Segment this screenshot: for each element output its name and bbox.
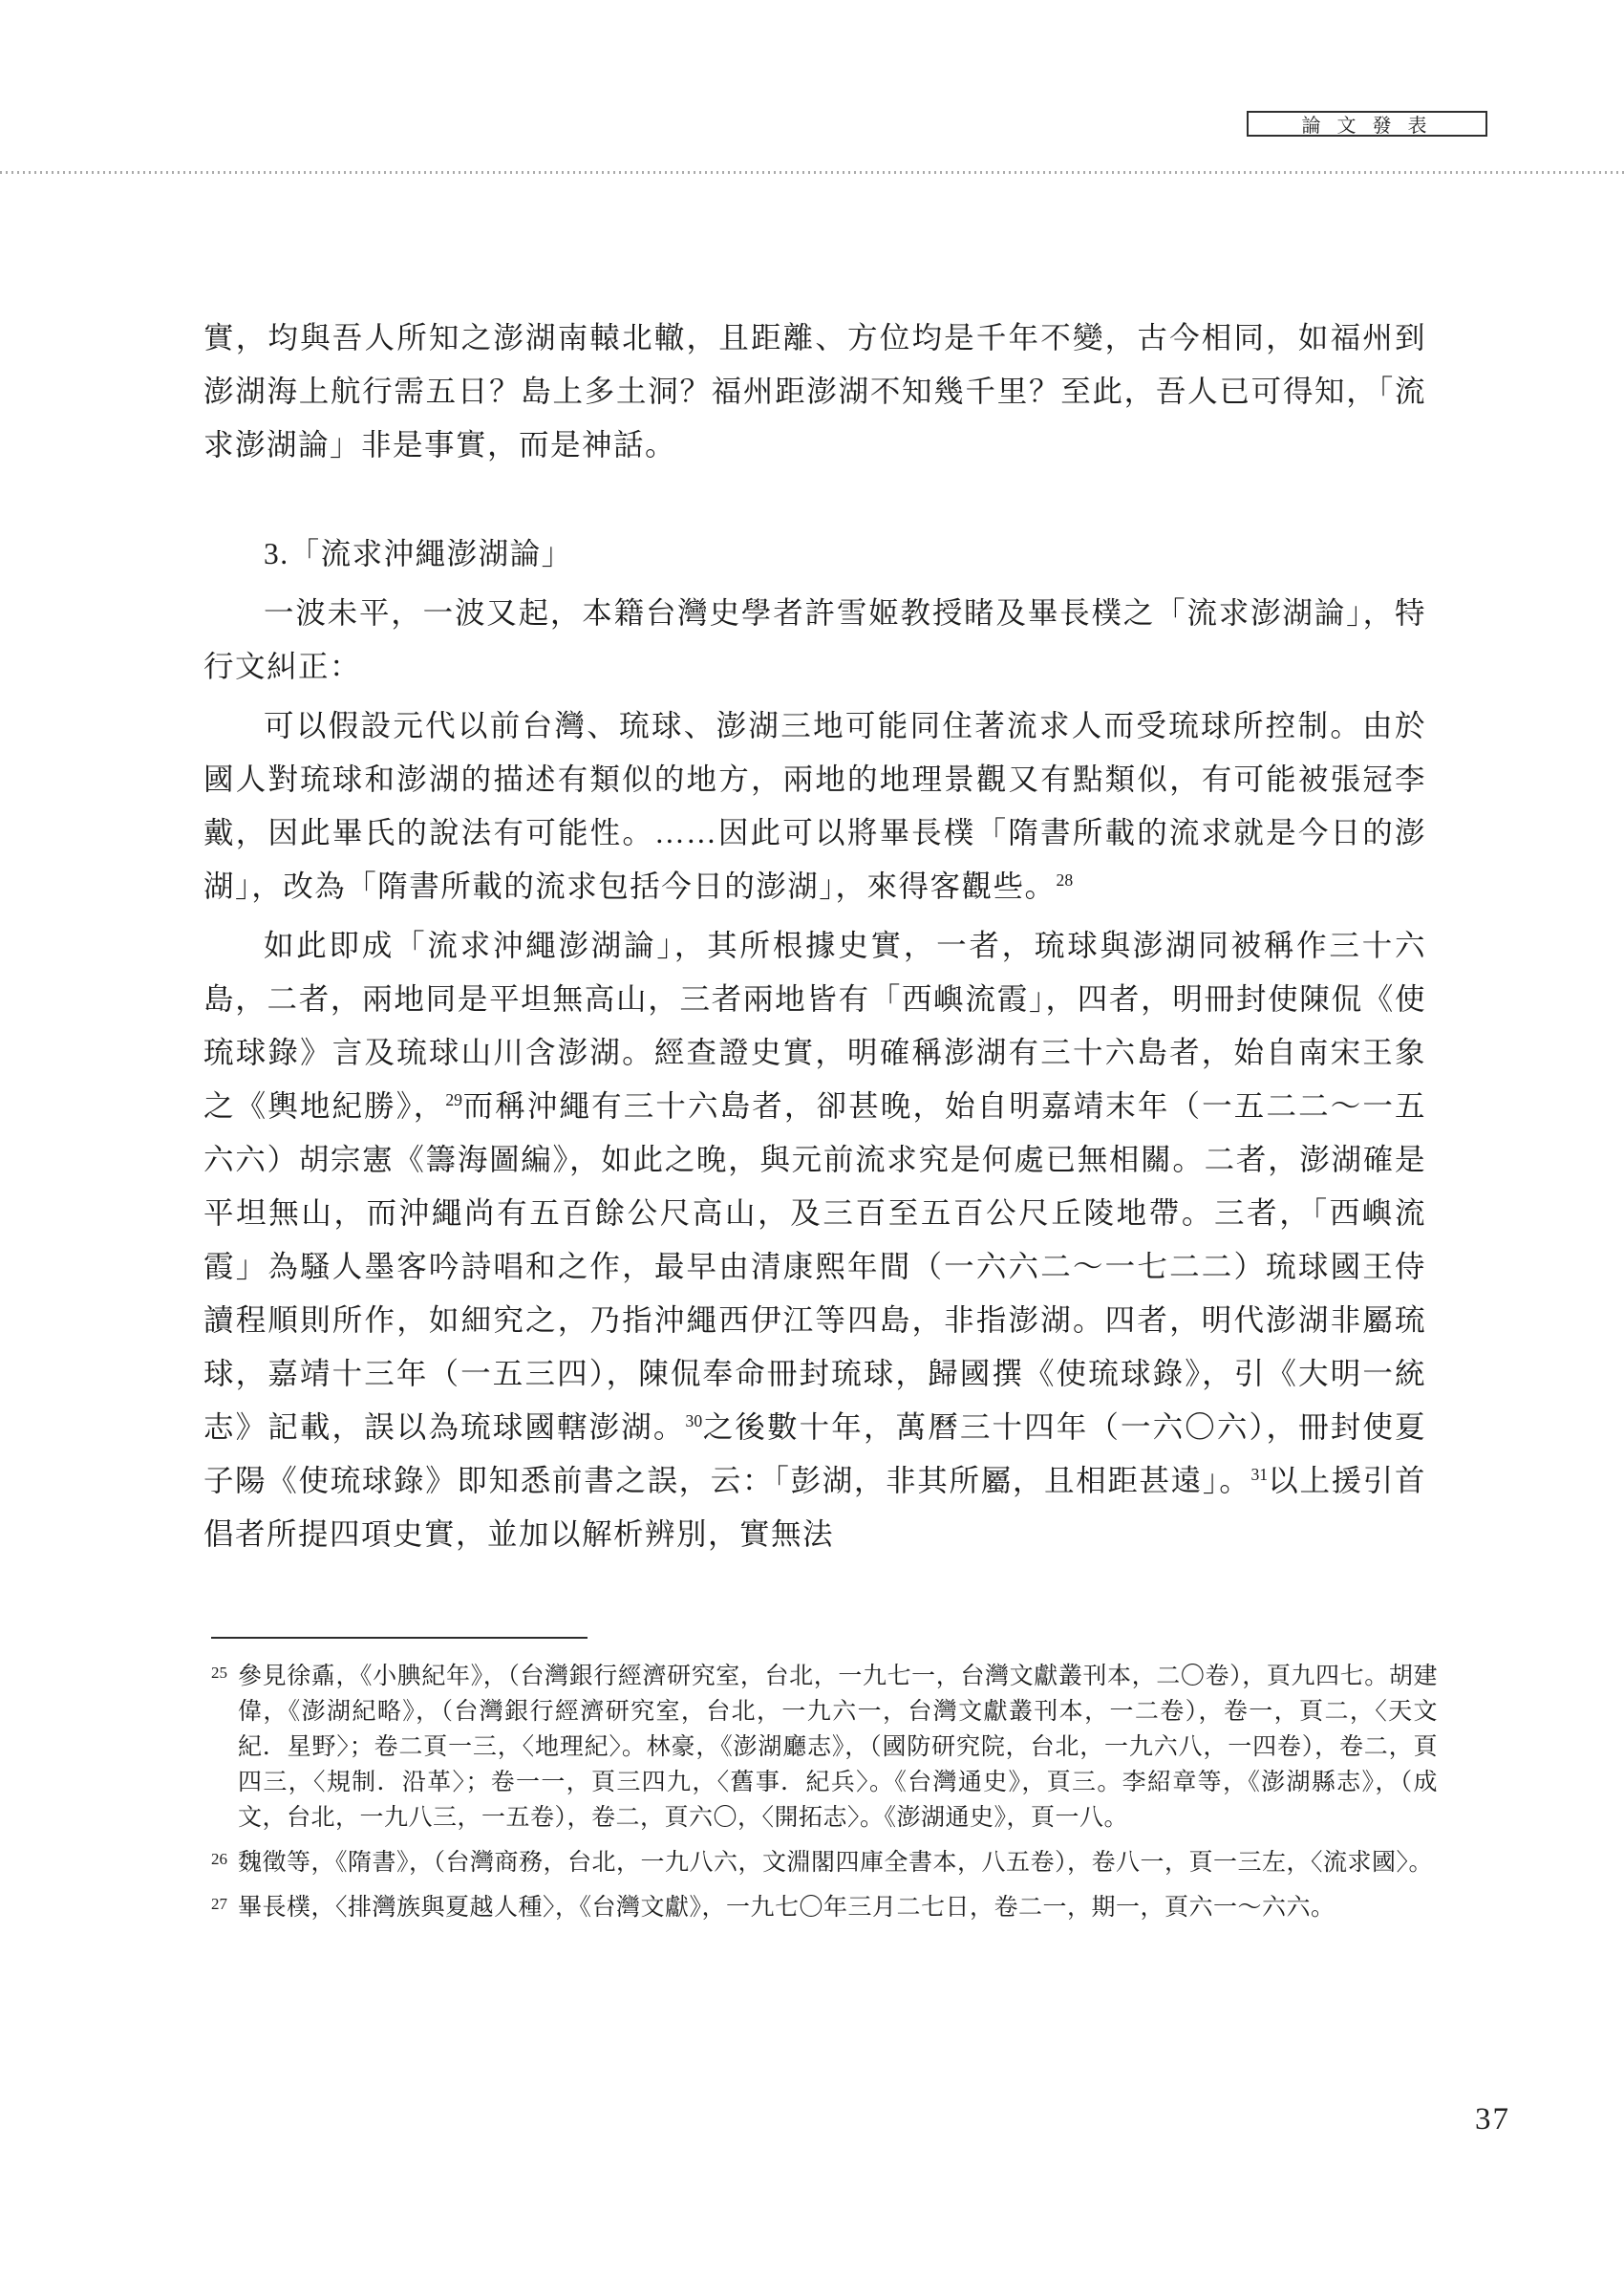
paragraph: 一波未平，一波又起，本籍台灣史學者許雪姬教授睹及畢長樸之「流求澎湖論」，特行文糾… xyxy=(203,587,1426,694)
paragraph: 實，均與吾人所知之澎湖南轅北轍，且距離、方位均是千年不變，古今相同，如福州到澎湖… xyxy=(203,311,1426,472)
footnote-number: 25 xyxy=(211,1655,238,1832)
footnote-text: 魏徵等，《隋書》，（台灣商務，台北，一九八六，文淵閣四庫全書本，八五卷），卷八一… xyxy=(238,1845,1438,1880)
article-body: 實，均與吾人所知之澎湖南轅北轍，且距離、方位均是千年不變，古今相同，如福州到澎湖… xyxy=(203,311,1426,1561)
footnote-reference: 29 xyxy=(445,1090,462,1109)
footnote-number: 27 xyxy=(211,1886,238,1922)
footnote-item: 27畢長樸，〈排灣族與夏越人種〉，《台灣文獻》，一九七〇年三月二七日，卷二一，期… xyxy=(211,1890,1438,1925)
paragraph-text: 可以假設元代以前台灣、琉球、澎湖三地可能同住著流求人而受琉球所控制。由於國人對琉… xyxy=(203,709,1426,903)
paragraph-text: 3.「流求沖繩澎湖論」 xyxy=(264,537,573,570)
paragraph-text: 一波未平，一波又起，本籍台灣史學者許雪姬教授睹及畢長樸之「流求澎湖論」，特行文糾… xyxy=(203,596,1426,683)
footnote-reference: 28 xyxy=(1057,870,1074,890)
footnote-text: 參見徐鼒，《小腆紀年》，（台灣銀行經濟研究室，台北，一九七一，台灣文獻叢刊本，二… xyxy=(238,1659,1438,1836)
paragraph-text: 實，均與吾人所知之澎湖南轅北轍，且距離、方位均是千年不變，古今相同，如福州到澎湖… xyxy=(203,321,1426,462)
footnotes-section: 25參見徐鼒，《小腆紀年》，（台灣銀行經濟研究室，台北，一九七一，台灣文獻叢刊本… xyxy=(211,1659,1438,1935)
paragraph: 可以假設元代以前台灣、琉球、澎湖三地可能同住著流求人而受琉球所控制。由於國人對琉… xyxy=(203,699,1426,913)
header-section-label: 論 文 發 表 xyxy=(1302,110,1433,138)
footnote-item: 26魏徵等，《隋書》，（台灣商務，台北，一九八六，文淵閣四庫全書本，八五卷），卷… xyxy=(211,1845,1438,1880)
footnote-reference: 30 xyxy=(686,1411,703,1430)
footnote-item: 25參見徐鼒，《小腆紀年》，（台灣銀行經濟研究室，台北，一九七一，台灣文獻叢刊本… xyxy=(211,1659,1438,1836)
document-page: 論 文 發 表 實，均與吾人所知之澎湖南轅北轍，且距離、方位均是千年不變，古今相… xyxy=(0,0,1624,2277)
footnote-separator xyxy=(211,1637,588,1639)
footnote-reference: 31 xyxy=(1250,1465,1268,1484)
footnote-number: 26 xyxy=(211,1841,238,1877)
header-section-box: 論 文 發 表 xyxy=(1247,111,1487,137)
section-heading: 3.「流求沖繩澎湖論」 xyxy=(203,527,1426,581)
page-number: 37 xyxy=(1475,2102,1510,2137)
footnote-text: 畢長樸，〈排灣族與夏越人種〉，《台灣文獻》，一九七〇年三月二七日，卷二一，期一，… xyxy=(238,1890,1438,1925)
paragraph: 如此即成「流求沖繩澎湖論」，其所根據史實，一者，琉球與澎湖同被稱作三十六島，二者… xyxy=(203,919,1426,1561)
paragraph-text: 而稱沖繩有三十六島者，卻甚晚，始自明嘉靖末年（一五二二～一五六六）胡宗憲《籌海圖… xyxy=(203,1089,1426,1444)
header-dotted-divider xyxy=(0,171,1624,174)
